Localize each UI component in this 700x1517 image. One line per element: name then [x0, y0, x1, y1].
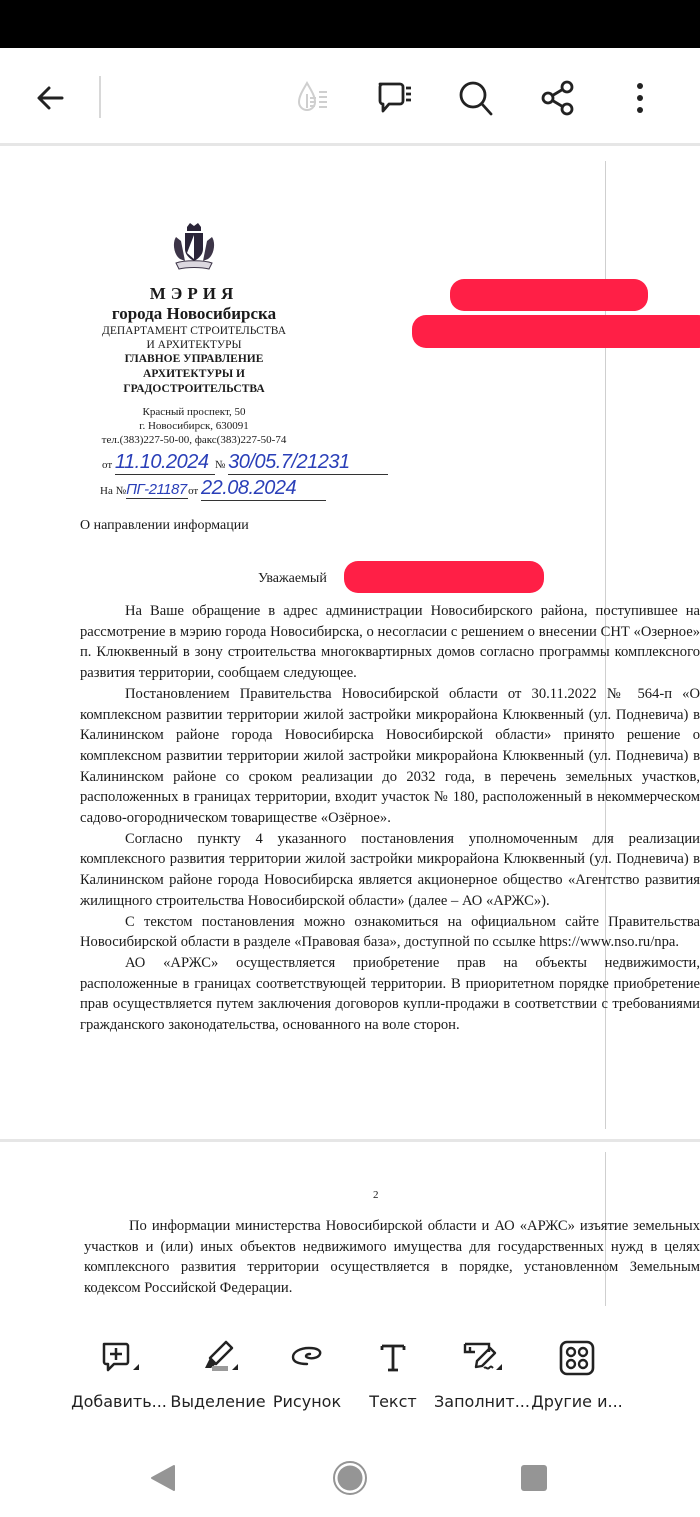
- paragraph: С текстом постановления можно ознакомить…: [80, 912, 700, 953]
- redaction-mark: [450, 279, 648, 311]
- letter-body-page2: По информации министерства Новосибирской…: [84, 1216, 700, 1299]
- coat-of-arms-icon: [168, 221, 220, 273]
- reference-from-label: от: [188, 485, 198, 497]
- letterhead-city: города Новосибирска: [78, 304, 310, 324]
- highlighter-icon: [198, 1338, 238, 1378]
- reference-line: На №ПГ-21187от 22.08.2024: [100, 477, 326, 501]
- more-vertical-icon: [630, 78, 650, 118]
- nav-back-button[interactable]: [143, 1458, 183, 1498]
- share-icon: [538, 78, 578, 118]
- reference-label: На №: [100, 485, 126, 497]
- reference-date: 22.08.2024: [201, 477, 326, 501]
- app-bar-divider: [99, 76, 101, 118]
- outgoing-number: 30/05.7/21231: [228, 451, 388, 475]
- nav-home-button[interactable]: [330, 1458, 370, 1498]
- tool-more-tools[interactable]: Другие и...: [522, 1328, 632, 1418]
- document-viewer[interactable]: МЭРИЯ города Новосибирска ДЕПАРТАМЕНТ СТ…: [0, 149, 700, 1306]
- from-label: от: [102, 459, 112, 471]
- reference-number: ПГ-21187: [126, 481, 188, 499]
- nav-recents-button[interactable]: [514, 1458, 554, 1498]
- circle-home-icon: [332, 1460, 368, 1496]
- share-button[interactable]: [534, 74, 582, 122]
- letterhead-address-2: г. Новосибирск, 630091: [78, 419, 310, 433]
- square-recents-icon: [519, 1463, 549, 1493]
- paragraph: На Ваше обращение в адрес администрации …: [80, 601, 700, 684]
- page-number: 2: [373, 1189, 379, 1201]
- page-separator: [0, 1139, 700, 1142]
- text-icon: [373, 1338, 413, 1378]
- app-bar: [0, 48, 700, 146]
- letterhead-address-1: Красный проспект, 50: [78, 405, 310, 419]
- letterhead-division-2: АРХИТЕКТУРЫ И: [78, 367, 310, 382]
- annotation-toolbar: Добавить... Выделение Рисунок Текст Запо…: [0, 1306, 700, 1436]
- fill-sign-icon: [462, 1338, 502, 1378]
- reading-mode-button[interactable]: [290, 74, 338, 122]
- draw-icon: [287, 1338, 327, 1378]
- outgoing-date: 11.10.2024: [115, 451, 215, 475]
- number-label: №: [215, 459, 226, 471]
- more-options-button[interactable]: [616, 74, 664, 122]
- redaction-mark: [412, 315, 700, 348]
- letter-body-page1: На Ваше обращение в адрес администрации …: [80, 601, 700, 1036]
- back-button[interactable]: [26, 74, 74, 122]
- paragraph: Согласно пункту 4 указанного постановлен…: [80, 829, 700, 912]
- letter-salutation: Уважаемый: [258, 571, 327, 587]
- paragraph: По информации министерства Новосибирской…: [84, 1216, 700, 1299]
- status-bar: [0, 0, 700, 48]
- add-comment-icon: [99, 1338, 139, 1378]
- letterhead-phones: тел.(383)227-50-00, факс(383)227-50-74: [78, 433, 310, 447]
- letterhead-division-1: ГЛАВНОЕ УПРАВЛЕНИЕ: [78, 352, 310, 367]
- reading-mode-icon: [294, 78, 334, 118]
- paragraph: АО «АРЖС» осуществляется приобретение пр…: [80, 953, 700, 1036]
- triangle-back-icon: [148, 1463, 178, 1493]
- letterhead-department-1: ДЕПАРТАМЕНТ СТРОИТЕЛЬСТВА: [78, 324, 310, 338]
- letterhead-division-3: ГРАДОСТРОИТЕЛЬСТВА: [78, 382, 310, 397]
- search-icon: [456, 78, 496, 118]
- letterhead-title: МЭРИЯ: [78, 284, 310, 304]
- arrow-left-icon: [32, 80, 68, 116]
- letterhead-department-2: И АРХИТЕКТУРЫ: [78, 338, 310, 352]
- more-tools-icon: [557, 1338, 597, 1378]
- paragraph: Постановлением Правительства Новосибирск…: [80, 684, 700, 829]
- system-navigation-bar: [0, 1436, 700, 1517]
- registration-line: от 11.10.2024№ 30/05.7/21231: [102, 451, 388, 475]
- search-button[interactable]: [452, 74, 500, 122]
- redaction-mark: [344, 561, 544, 593]
- letterhead: МЭРИЯ города Новосибирска ДЕПАРТАМЕНТ СТ…: [78, 221, 310, 447]
- letter-subject: О направлении информации: [80, 518, 249, 534]
- comments-icon: [375, 78, 415, 118]
- comments-button[interactable]: [371, 74, 419, 122]
- tool-label: Другие и...: [512, 1392, 642, 1411]
